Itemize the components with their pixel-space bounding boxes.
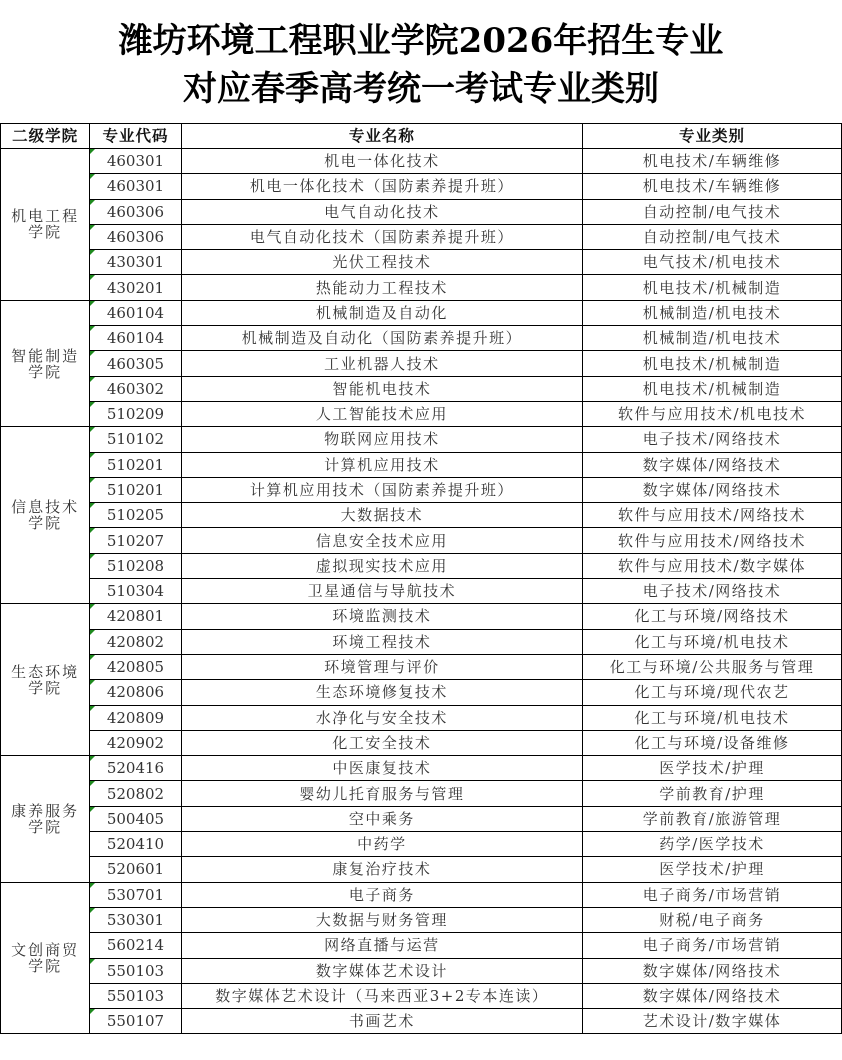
table-row: 520601康复治疗技术医学技术/护理 [1,857,842,882]
error-indicator-icon [90,326,95,331]
major-code: 530301 [107,911,164,929]
college-label-line-2: 学院 [1,819,89,835]
error-indicator-icon [90,604,95,609]
major-name-cell: 机电一体化技术 [181,149,582,174]
major-category-cell: 化工与环境/网络技术 [583,604,842,629]
major-code: 510209 [107,405,164,423]
major-name-cell: 中医康复技术 [181,756,582,781]
college-label-line-2: 学院 [1,364,89,380]
major-code-cell: 520601 [90,857,181,882]
table-row: 420902化工安全技术化工与环境/设备维修 [1,730,842,755]
table-row: 420805环境管理与评价化工与环境/公共服务与管理 [1,654,842,679]
table-row: 460301机电一体化技术（国防素养提升班）机电技术/车辆维修 [1,174,842,199]
error-indicator-icon [90,174,95,179]
major-code: 460301 [107,177,164,195]
error-indicator-icon [90,756,95,761]
error-indicator-icon [90,680,95,685]
table-row: 420802环境工程技术化工与环境/机电技术 [1,629,842,654]
major-category-cell: 电子商务/市场营销 [583,882,842,907]
major-code: 550107 [107,1012,164,1030]
table-row: 550103数字媒体艺术设计（马来西亚3+2专本连读）数字媒体/网络技术 [1,983,842,1008]
major-code-cell: 420809 [90,705,181,730]
major-code: 460104 [107,329,164,347]
table-row: 430201热能动力工程技术机电技术/机械制造 [1,275,842,300]
college-cell: 机电工程学院 [1,149,90,301]
college-cell: 康养服务学院 [1,756,90,882]
table-row: 420806生态环境修复技术化工与环境/现代农艺 [1,680,842,705]
table-row: 460302智能机电技术机电技术/机械制造 [1,376,842,401]
major-category-cell: 机电技术/机械制造 [583,376,842,401]
major-category-cell: 学前教育/护理 [583,781,842,806]
major-code: 460104 [107,304,164,322]
major-code-cell: 520802 [90,781,181,806]
error-indicator-icon [90,478,95,483]
major-code: 510304 [107,582,164,600]
major-code-cell: 430201 [90,275,181,300]
college-cell: 文创商贸学院 [1,882,90,1034]
major-name-cell: 婴幼儿托育服务与管理 [181,781,582,806]
major-code: 460302 [107,380,164,398]
table-row: 510205大数据技术软件与应用技术/网络技术 [1,503,842,528]
error-indicator-icon [90,149,95,154]
major-name-cell: 光伏工程技术 [181,250,582,275]
major-category-cell: 电子技术/网络技术 [583,427,842,452]
major-name-cell: 热能动力工程技术 [181,275,582,300]
major-category-cell: 化工与环境/机电技术 [583,705,842,730]
major-name-cell: 机械制造及自动化 [181,300,582,325]
header-row: 二级学院 专业代码 专业名称 专业类别 [1,124,842,149]
major-category-cell: 机电技术/机械制造 [583,275,842,300]
table-row: 康养服务学院520416中医康复技术医学技术/护理 [1,756,842,781]
major-code-cell: 420806 [90,680,181,705]
major-category-cell: 数字媒体/网络技术 [583,958,842,983]
major-name-cell: 物联网应用技术 [181,427,582,452]
major-name-cell: 中药学 [181,832,582,857]
error-indicator-icon [90,377,95,382]
table-row: 460305工业机器人技术机电技术/机械制造 [1,351,842,376]
college-cell: 信息技术学院 [1,427,90,604]
major-category-cell: 医学技术/护理 [583,857,842,882]
major-name-cell: 信息安全技术应用 [181,528,582,553]
error-indicator-icon [90,781,95,786]
college-cell: 生态环境学院 [1,604,90,756]
table-row: 560214网络直播与运营电子商务/市场营销 [1,933,842,958]
major-category-cell: 软件与应用技术/网络技术 [583,503,842,528]
major-category-cell: 数字媒体/网络技术 [583,477,842,502]
major-code-cell: 420801 [90,604,181,629]
table-row: 生态环境学院420801环境监测技术化工与环境/网络技术 [1,604,842,629]
major-name-cell: 电气自动化技术 [181,199,582,224]
major-category-cell: 电气技术/机电技术 [583,250,842,275]
major-code-cell: 430301 [90,250,181,275]
table-row: 510201计算机应用技术（国防素养提升班）数字媒体/网络技术 [1,477,842,502]
major-code: 460306 [107,228,164,246]
major-code: 510102 [107,430,164,448]
header-college: 二级学院 [1,124,90,149]
error-indicator-icon [90,301,95,306]
major-category-cell: 自动控制/电气技术 [583,199,842,224]
major-name-cell: 大数据与财务管理 [181,907,582,932]
major-category-cell: 医学技术/护理 [583,756,842,781]
major-code-cell: 510304 [90,579,181,604]
major-code: 460301 [107,152,164,170]
major-code: 520410 [107,835,164,853]
major-category-cell: 自动控制/电气技术 [583,224,842,249]
major-category-cell: 化工与环境/公共服务与管理 [583,654,842,679]
error-indicator-icon [90,453,95,458]
table-row: 550107书画艺术艺术设计/数字媒体 [1,1009,842,1034]
major-code-cell: 520410 [90,832,181,857]
major-category-cell: 电子技术/网络技术 [583,579,842,604]
major-name-cell: 计算机应用技术（国防素养提升班） [181,477,582,502]
major-name-cell: 计算机应用技术 [181,452,582,477]
table-row: 510207信息安全技术应用软件与应用技术/网络技术 [1,528,842,553]
table-row: 510304卫星通信与导航技术电子技术/网络技术 [1,579,842,604]
college-label-line-1: 康养服务 [1,803,89,819]
major-code: 420805 [107,658,164,676]
major-code-cell: 510201 [90,477,181,502]
major-category-cell: 化工与环境/设备维修 [583,730,842,755]
major-code-cell: 530301 [90,907,181,932]
major-category-cell: 机电技术/车辆维修 [583,174,842,199]
major-name-cell: 环境监测技术 [181,604,582,629]
table-row: 460306电气自动化技术（国防素养提升班）自动控制/电气技术 [1,224,842,249]
college-label-line-2: 学院 [1,958,89,974]
major-category-cell: 艺术设计/数字媒体 [583,1009,842,1034]
table-row: 530301大数据与财务管理财税/电子商务 [1,907,842,932]
table-row: 460306电气自动化技术自动控制/电气技术 [1,199,842,224]
major-category-cell: 学前教育/旅游管理 [583,806,842,831]
table-row: 510209人工智能技术应用软件与应用技术/机电技术 [1,401,842,426]
table-row: 510208虚拟现实技术应用软件与应用技术/数字媒体 [1,553,842,578]
major-code-cell: 460302 [90,376,181,401]
major-code: 530701 [107,886,164,904]
major-code-cell: 460306 [90,224,181,249]
table-row: 520410中药学药学/医学技术 [1,832,842,857]
major-code-cell: 510209 [90,401,181,426]
major-code: 460306 [107,203,164,221]
major-code-cell: 460306 [90,199,181,224]
college-label-line-1: 机电工程 [1,208,89,224]
major-code-cell: 420902 [90,730,181,755]
major-code: 420809 [107,709,164,727]
major-name-cell: 卫星通信与导航技术 [181,579,582,604]
major-category-cell: 软件与应用技术/数字媒体 [583,553,842,578]
major-code: 510205 [107,506,164,524]
major-name-cell: 电气自动化技术（国防素养提升班） [181,224,582,249]
error-indicator-icon [90,655,95,660]
table-row: 500405空中乘务学前教育/旅游管理 [1,806,842,831]
title-line-1: 潍坊环境工程职业学院2026年招生专业 [0,18,842,64]
major-code-cell: 460301 [90,149,181,174]
table-row: 文创商贸学院530701电子商务电子商务/市场营销 [1,882,842,907]
header-category: 专业类别 [583,124,842,149]
major-name-cell: 工业机器人技术 [181,351,582,376]
error-indicator-icon [90,503,95,508]
major-name-cell: 水净化与安全技术 [181,705,582,730]
table-row: 智能制造学院460104机械制造及自动化机械制造/机电技术 [1,300,842,325]
major-name-cell: 虚拟现实技术应用 [181,553,582,578]
major-code: 550103 [107,987,164,1005]
error-indicator-icon [90,351,95,356]
major-code-cell: 460305 [90,351,181,376]
table-row: 510201计算机应用技术数字媒体/网络技术 [1,452,842,477]
major-code: 420802 [107,633,164,651]
error-indicator-icon [90,883,95,888]
major-code-cell: 500405 [90,806,181,831]
major-name-cell: 空中乘务 [181,806,582,831]
major-code: 460305 [107,355,164,373]
table-row: 420809水净化与安全技术化工与环境/机电技术 [1,705,842,730]
major-name-cell: 数字媒体艺术设计（马来西亚3+2专本连读） [181,983,582,1008]
major-code: 520416 [107,759,164,777]
college-label-line-1: 信息技术 [1,499,89,515]
major-name-cell: 网络直播与运营 [181,933,582,958]
college-label-line-2: 学院 [1,680,89,696]
header-major-name: 专业名称 [181,124,582,149]
college-label-line-2: 学院 [1,224,89,240]
major-code: 420801 [107,607,164,625]
major-code: 430201 [107,279,164,297]
major-code-cell: 510102 [90,427,181,452]
major-name-cell: 人工智能技术应用 [181,401,582,426]
college-label-line-1: 文创商贸 [1,942,89,958]
major-code-cell: 560214 [90,933,181,958]
error-indicator-icon [90,554,95,559]
table-row: 520802婴幼儿托育服务与管理学前教育/护理 [1,781,842,806]
major-code-cell: 510201 [90,452,181,477]
error-indicator-icon [90,528,95,533]
major-name-cell: 书画艺术 [181,1009,582,1034]
major-code: 510201 [107,456,164,474]
table-row: 430301光伏工程技术电气技术/机电技术 [1,250,842,275]
major-name-cell: 机电一体化技术（国防素养提升班） [181,174,582,199]
major-category-cell: 机电技术/车辆维修 [583,149,842,174]
error-indicator-icon [90,706,95,711]
major-code-cell: 510205 [90,503,181,528]
major-category-cell: 药学/医学技术 [583,832,842,857]
major-code: 420806 [107,683,164,701]
major-name-cell: 数字媒体艺术设计 [181,958,582,983]
college-label-line-1: 生态环境 [1,664,89,680]
major-category-cell: 电子商务/市场营销 [583,933,842,958]
error-indicator-icon [90,200,95,205]
major-code-cell: 510208 [90,553,181,578]
college-label-line-2: 学院 [1,515,89,531]
table-row: 机电工程学院460301机电一体化技术机电技术/车辆维修 [1,149,842,174]
major-code: 550103 [107,962,164,980]
major-name-cell: 电子商务 [181,882,582,907]
major-category-cell: 软件与应用技术/机电技术 [583,401,842,426]
major-name-cell: 智能机电技术 [181,376,582,401]
error-indicator-icon [90,908,95,913]
major-code: 510208 [107,557,164,575]
major-name-cell: 大数据技术 [181,503,582,528]
error-indicator-icon [90,275,95,280]
major-code: 430301 [107,253,164,271]
error-indicator-icon [90,402,95,407]
major-code: 510207 [107,532,164,550]
major-code-cell: 550107 [90,1009,181,1034]
major-code-cell: 420805 [90,654,181,679]
major-code-cell: 550103 [90,983,181,1008]
major-category-cell: 财税/电子商务 [583,907,842,932]
major-name-cell: 康复治疗技术 [181,857,582,882]
major-code: 420902 [107,734,164,752]
major-category-cell: 化工与环境/现代农艺 [583,680,842,705]
error-indicator-icon [90,959,95,964]
major-code: 510201 [107,481,164,499]
error-indicator-icon [90,225,95,230]
table-row: 550103数字媒体艺术设计数字媒体/网络技术 [1,958,842,983]
major-code: 520802 [107,785,164,803]
major-code-cell: 520416 [90,756,181,781]
error-indicator-icon [90,250,95,255]
major-category-cell: 化工与环境/机电技术 [583,629,842,654]
error-indicator-icon [90,630,95,635]
major-name-cell: 环境工程技术 [181,629,582,654]
table-body: 机电工程学院460301机电一体化技术机电技术/车辆维修460301机电一体化技… [1,149,842,1034]
major-code-cell: 420802 [90,629,181,654]
error-indicator-icon [90,1009,95,1014]
major-code: 560214 [107,936,164,954]
major-category-cell: 机电技术/机械制造 [583,351,842,376]
college-label-line-1: 智能制造 [1,348,89,364]
major-category-cell: 软件与应用技术/网络技术 [583,528,842,553]
major-code: 520601 [107,860,164,878]
major-name-cell: 机械制造及自动化（国防素养提升班） [181,326,582,351]
major-name-cell: 环境管理与评价 [181,654,582,679]
major-code-cell: 460301 [90,174,181,199]
header-code: 专业代码 [90,124,181,149]
major-code-cell: 510207 [90,528,181,553]
major-name-cell: 化工安全技术 [181,730,582,755]
major-name-cell: 生态环境修复技术 [181,680,582,705]
major-code: 500405 [107,810,164,828]
document-title: 潍坊环境工程职业学院2026年招生专业 对应春季高考统一考试专业类别 [0,0,842,123]
error-indicator-icon [90,807,95,812]
major-category-cell: 机械制造/机电技术 [583,326,842,351]
major-code-cell: 460104 [90,326,181,351]
major-category-cell: 数字媒体/网络技术 [583,452,842,477]
major-category-table: 二级学院 专业代码 专业名称 专业类别 机电工程学院460301机电一体化技术机… [0,123,842,1034]
major-code-cell: 550103 [90,958,181,983]
table-row: 460104机械制造及自动化（国防素养提升班）机械制造/机电技术 [1,326,842,351]
title-line-2: 对应春季高考统一考试专业类别 [0,66,842,112]
major-code-cell: 460104 [90,300,181,325]
major-code-cell: 530701 [90,882,181,907]
major-category-cell: 数字媒体/网络技术 [583,983,842,1008]
error-indicator-icon [90,427,95,432]
table-row: 信息技术学院510102物联网应用技术电子技术/网络技术 [1,427,842,452]
college-cell: 智能制造学院 [1,300,90,426]
major-category-cell: 机械制造/机电技术 [583,300,842,325]
